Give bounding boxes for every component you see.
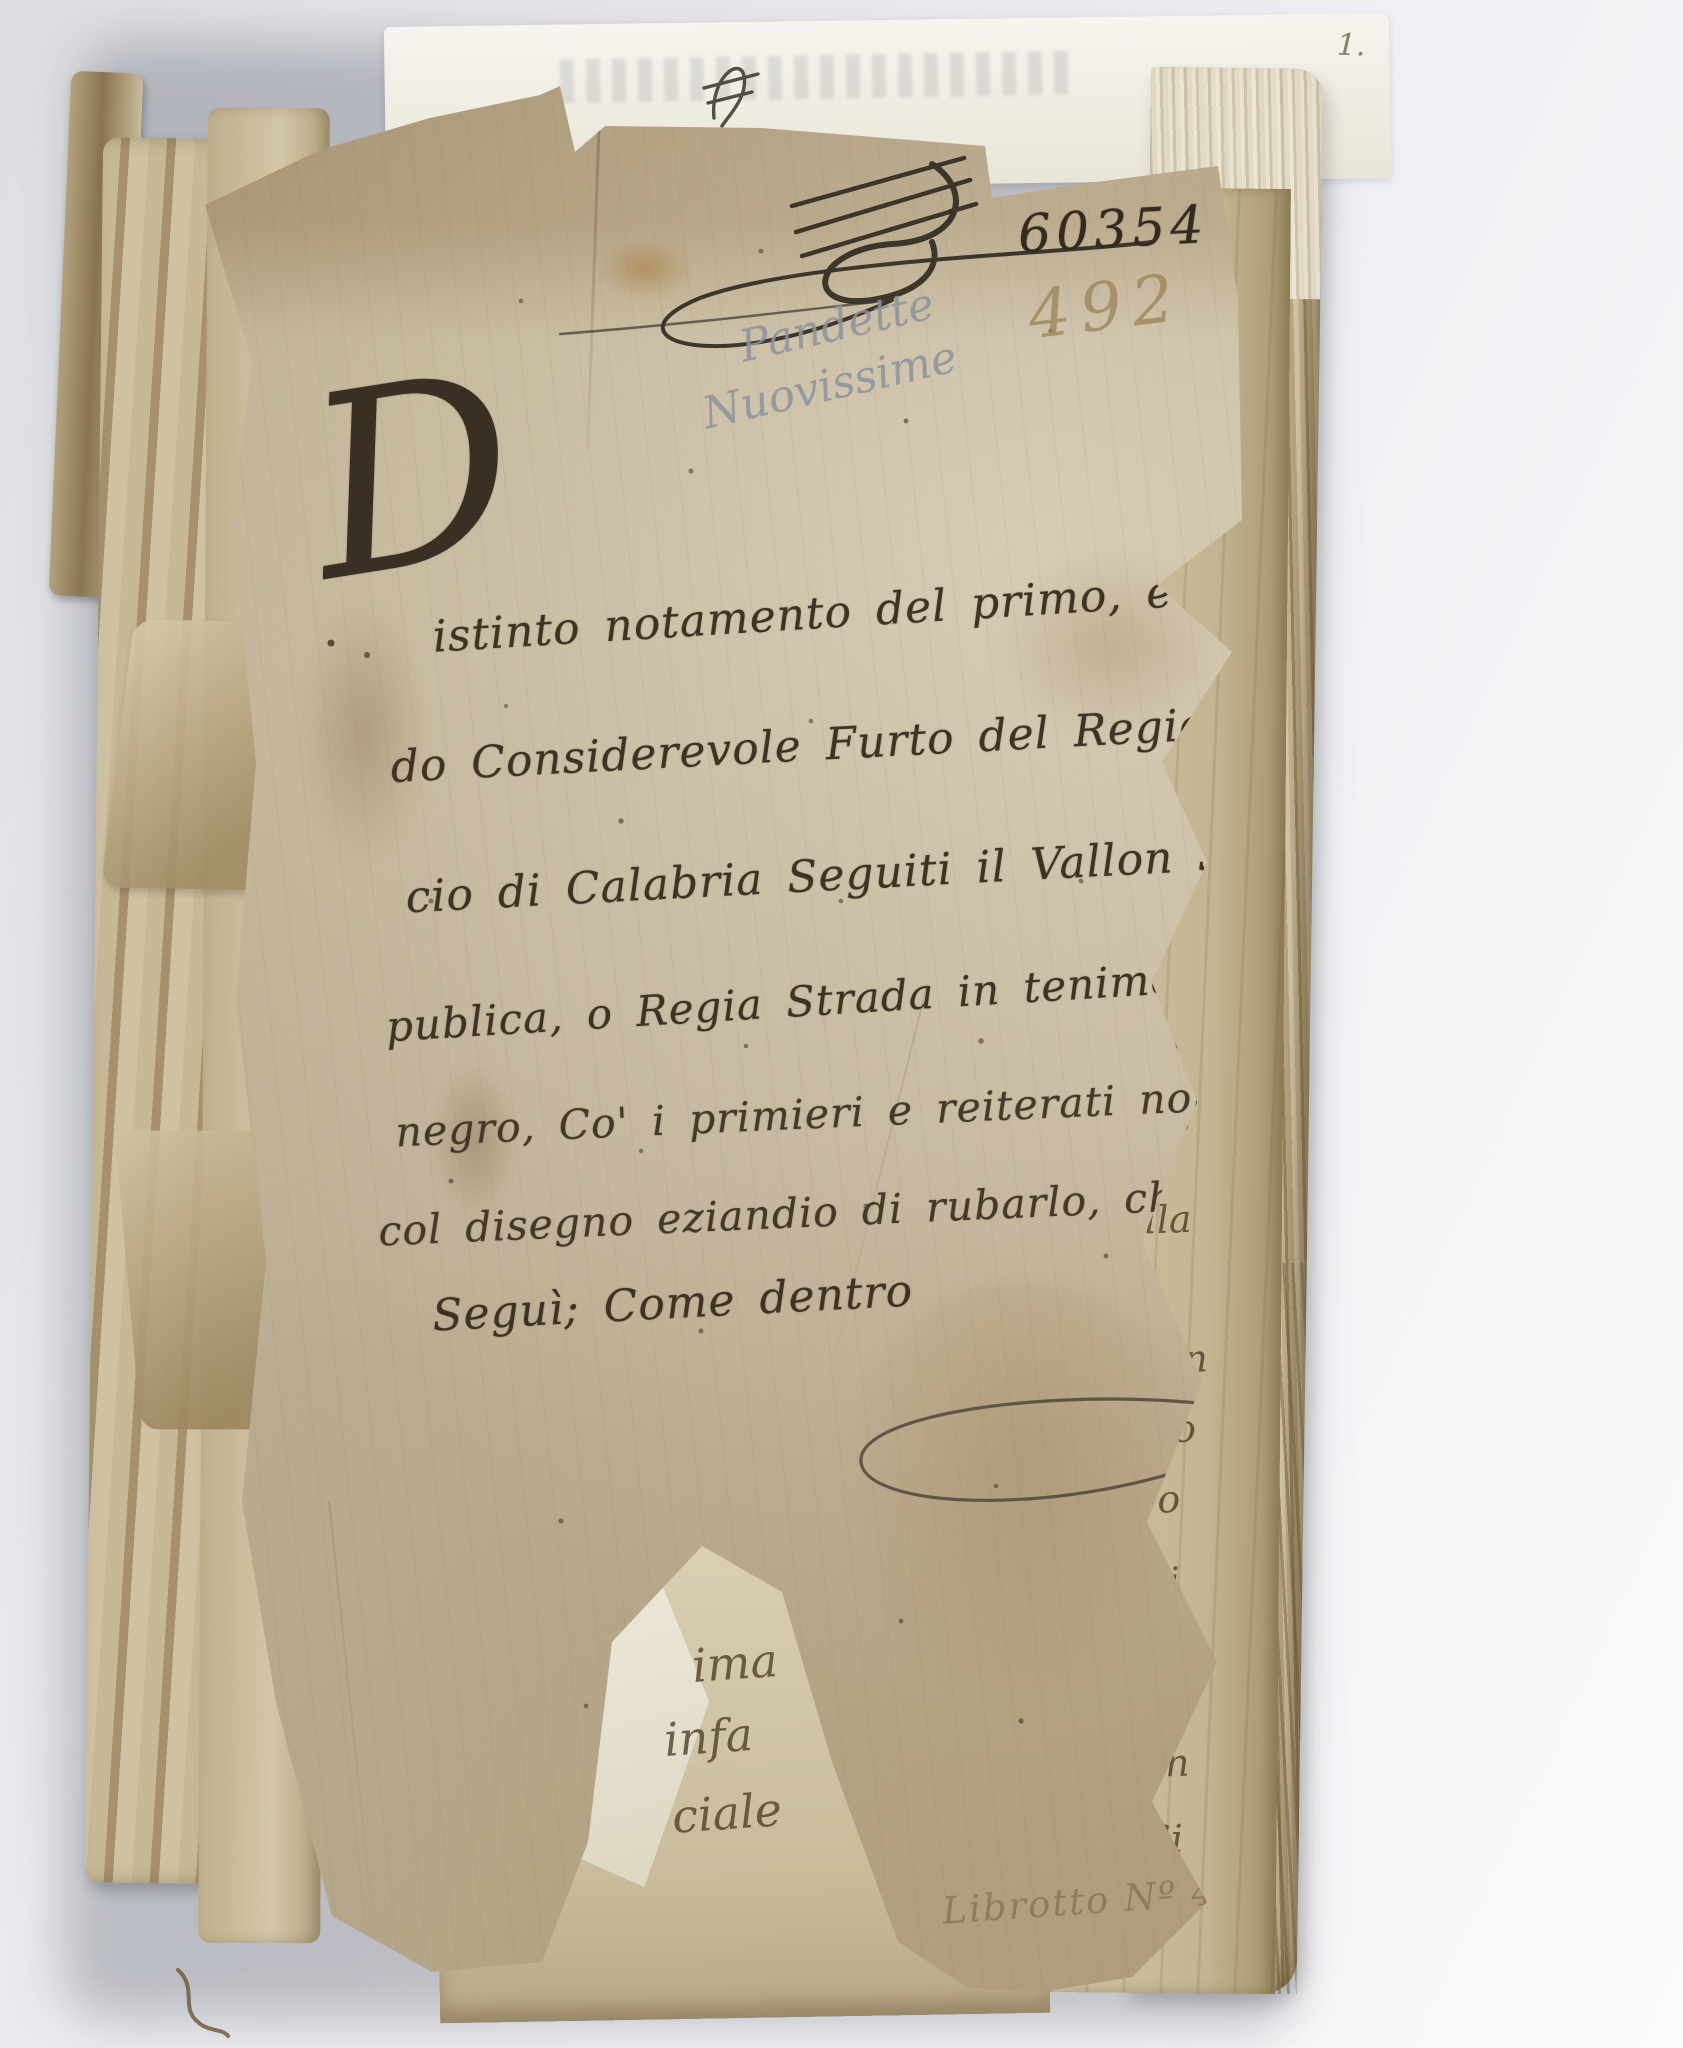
binding-thread xyxy=(168,1962,238,2042)
manuscript-photo: 1. mp bras ella rinen he fo N o Lui re i… xyxy=(0,0,1683,2048)
text-fragment: ima xyxy=(690,1633,779,1693)
foxing-speckles xyxy=(0,0,2,2)
top-ink-mark-icon xyxy=(700,48,770,138)
text-fragment: ciale xyxy=(670,1782,783,1844)
ink-bleedthrough xyxy=(560,50,1081,103)
text-fragment: infa xyxy=(662,1707,754,1767)
page-number: 1. xyxy=(1336,28,1366,64)
